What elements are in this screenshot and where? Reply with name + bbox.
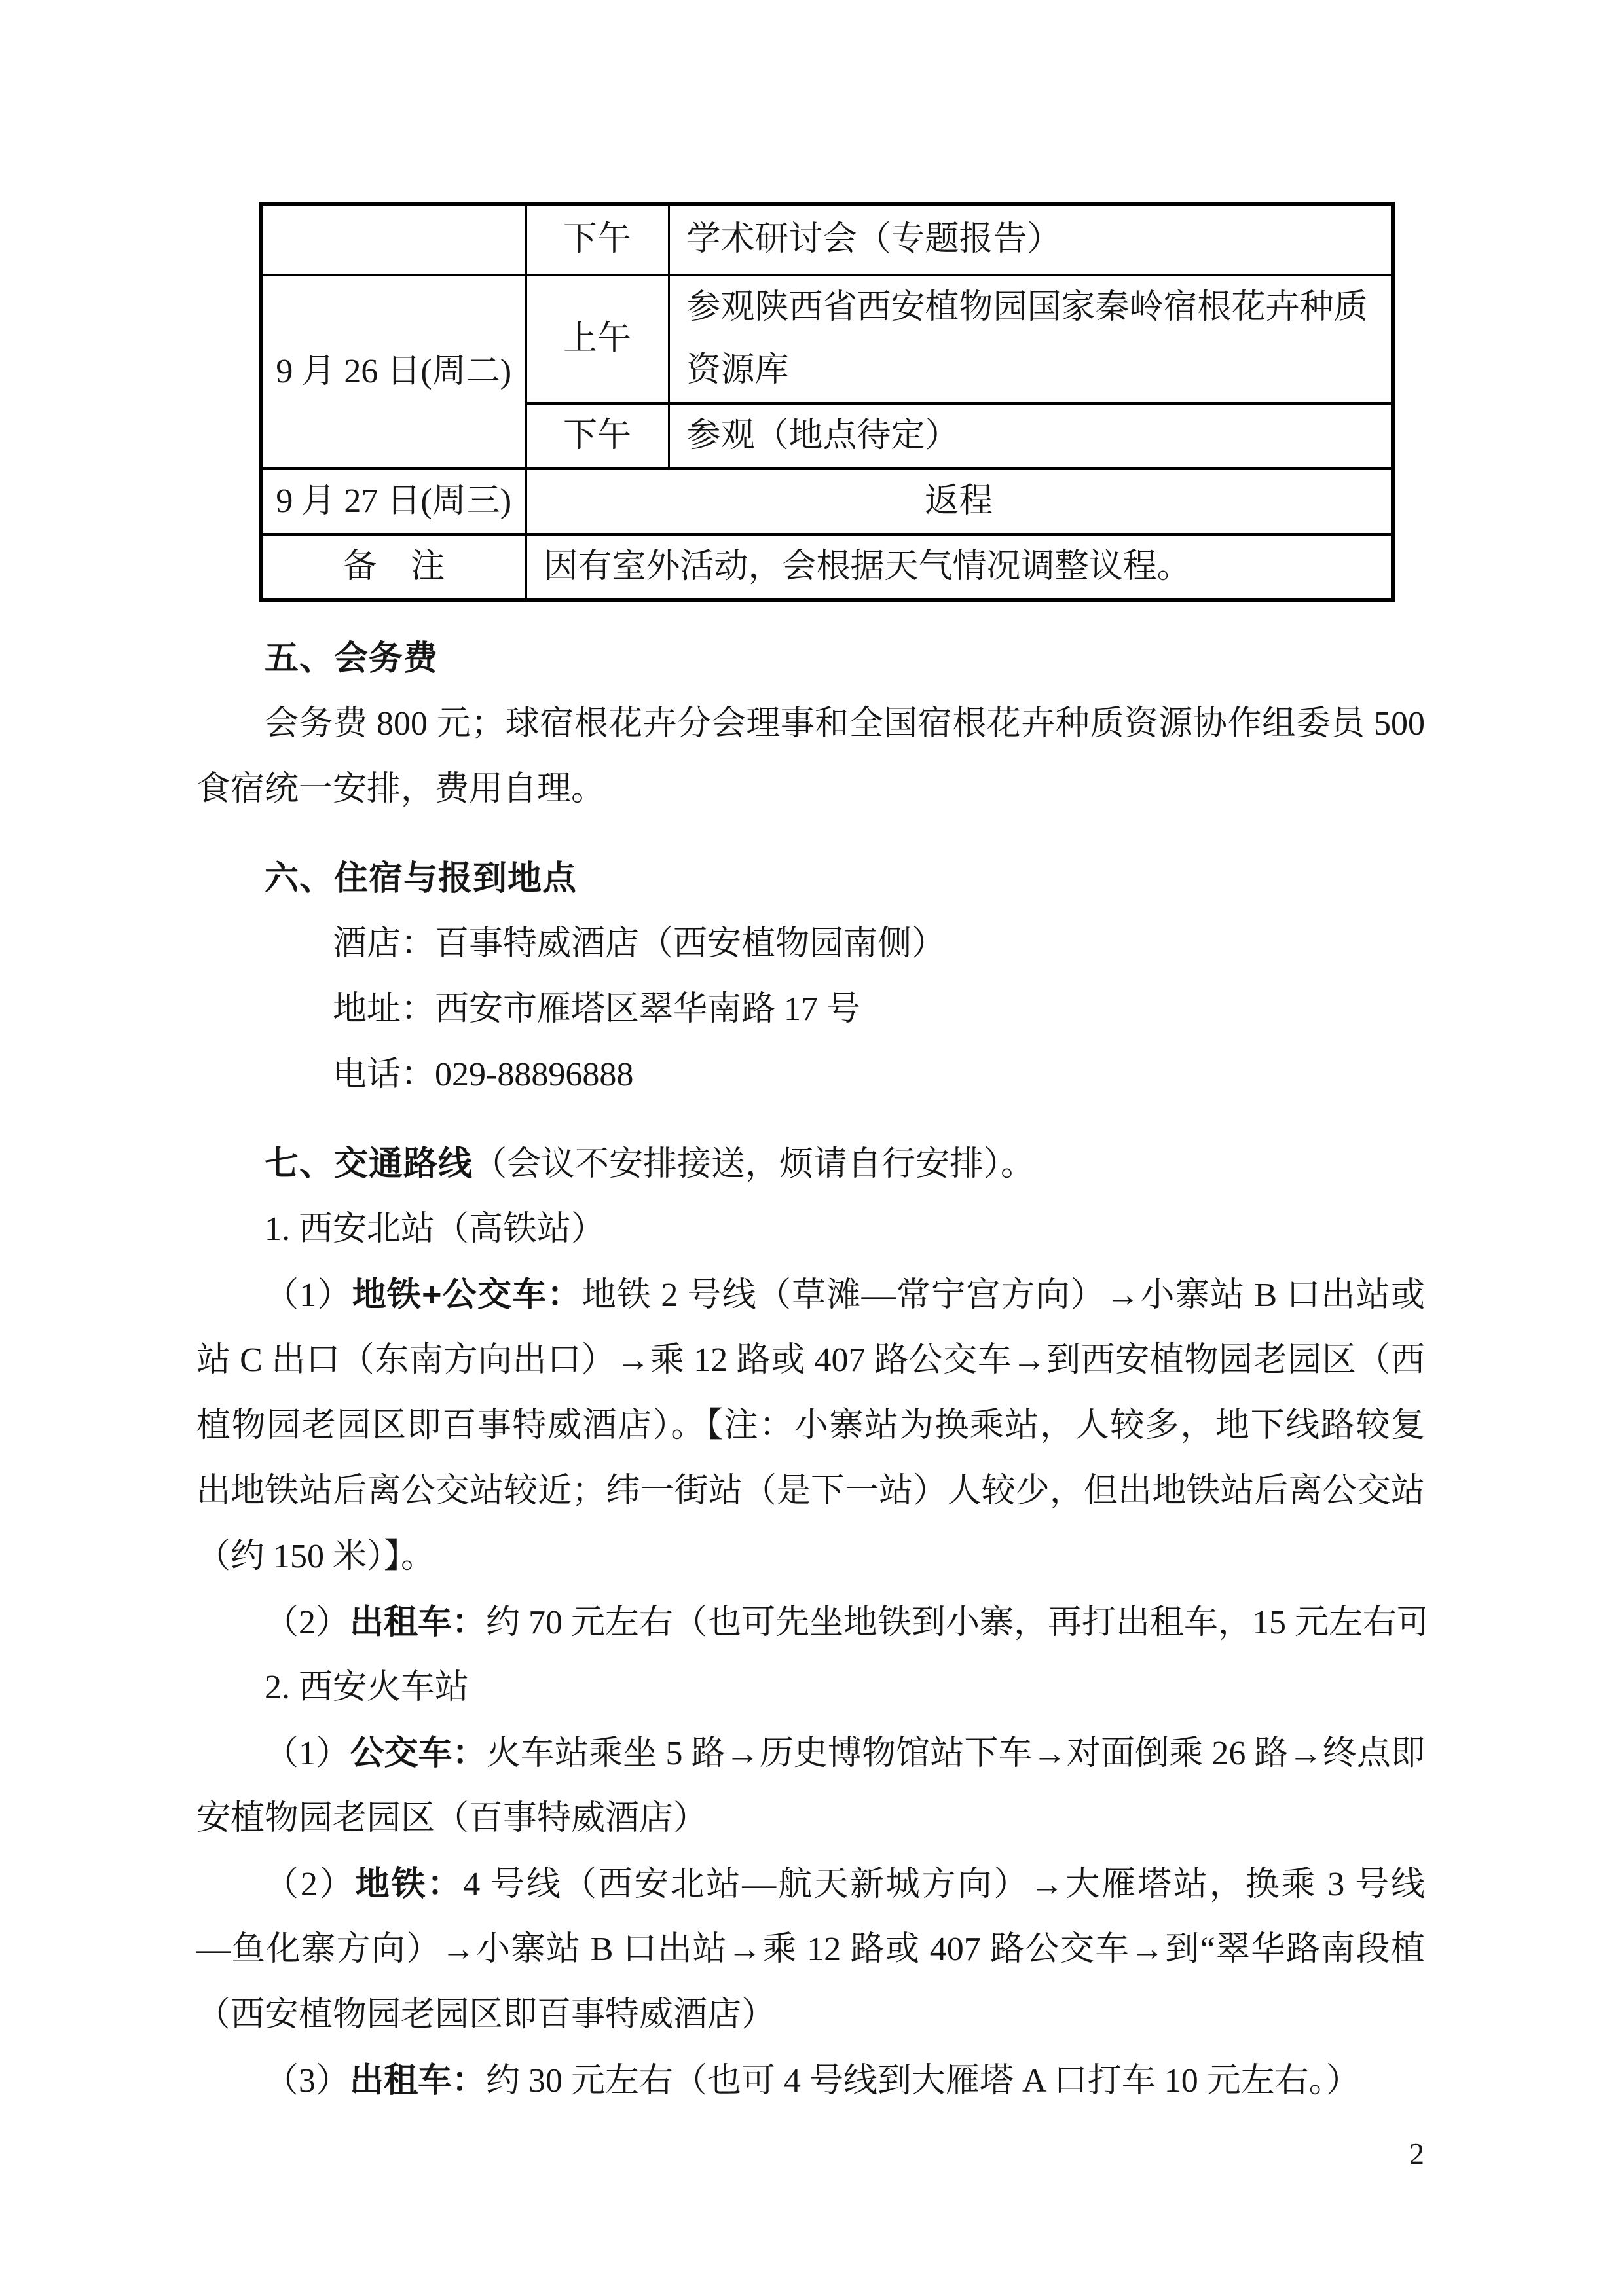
schedule-table: 下午 学术研讨会（专题报告） 9 月 26 日(周二) 上午 参观陕西省西安植物… xyxy=(259,202,1395,602)
schedule-cell-activity: 因有室外活动，会根据天气情况调整议程。 xyxy=(526,534,1393,600)
section-heading-transport-note: （会议不安排接送，烦请自行安排）。 xyxy=(473,1146,1035,1183)
table-row: 9 月 26 日(周二) 上午 参观陕西省西安植物园国家秦岭宿根花卉种质资源库 xyxy=(261,275,1393,403)
schedule-cell-time: 下午 xyxy=(526,204,669,275)
item-number: （1） xyxy=(265,1735,350,1772)
schedule-cell-activity: 参观（地点待定） xyxy=(669,403,1393,469)
item-number: （3） xyxy=(265,2062,350,2100)
table-row: 备 注 因有室外活动，会根据天气情况调整议程。 xyxy=(261,534,1393,600)
item-number: （2） xyxy=(265,1604,350,1641)
item-text: 约 30 元左右（也可 4 号线到大雁塔 A 口打车 10 元左右。） xyxy=(486,2062,1360,2100)
schedule-cell-date xyxy=(261,204,526,275)
route-line: 站 C 出口（东南方向出口）→乘 12 路或 407 路公交车→到西安植物园老园… xyxy=(196,1328,1425,1393)
route-line: 植物园老园区即百事特威酒店）。【注：小寨站为换乘站，人较多，地下线路较复杂，但 xyxy=(196,1393,1425,1459)
section-heading-lodging: 六、住宿与报到地点 xyxy=(196,846,1425,911)
item-label: 出租车： xyxy=(350,1603,486,1641)
route-line: （3）出租车：约 30 元左右（也可 4 号线到大雁塔 A 口打车 10 元左右… xyxy=(196,2048,1425,2113)
document-body: 五、会务费 会务费 800 元；球宿根花卉分会理事和全国宿根花卉种质资源协作组委… xyxy=(196,626,1425,2113)
station2-title: 2. 西安火车站 xyxy=(196,1655,1425,1721)
schedule-cell-time: 上午 xyxy=(526,275,669,403)
schedule-cell-date: 9 月 27 日(周三) xyxy=(261,469,526,534)
schedule-cell-time: 下午 xyxy=(526,403,669,469)
schedule-cell-activity: 返程 xyxy=(526,469,1393,534)
route-line: （2）出租车：约 70 元左右（也可先坐地铁到小寨，再打出租车，15 元左右可到… xyxy=(196,1590,1425,1655)
item-label: 公交车： xyxy=(350,1734,486,1772)
lodging-address-line: 地址：西安市雁塔区翠华南路 17 号 xyxy=(196,977,1425,1042)
document-page: 下午 学术研讨会（专题报告） 9 月 26 日(周二) 上午 参观陕西省西安植物… xyxy=(0,0,1624,2296)
route-line: （1）地铁+公交车：地铁 2 号线（草滩—常宁宫方向）→小寨站 B 口出站或纬一… xyxy=(196,1262,1425,1328)
route-line: （约 150 米）】。 xyxy=(196,1524,1425,1590)
item-label: 地铁： xyxy=(356,1865,464,1903)
item-number: （2） xyxy=(265,1866,356,1903)
route-line: —鱼化寨方向）→小寨站 B 口出站→乘 12 路或 407 路公交车→到“翠华路… xyxy=(196,1917,1425,1982)
schedule-cell-date: 备 注 xyxy=(261,534,526,600)
item-label: 出租车： xyxy=(350,2062,486,2100)
item-number: （1） xyxy=(265,1277,352,1314)
table-row: 9 月 27 日(周三) 返程 xyxy=(261,469,1393,534)
item-label: 地铁+公交车： xyxy=(352,1276,582,1314)
lodging-hotel-line: 酒店：百事特威酒店（西安植物园南侧） xyxy=(196,911,1425,977)
table-row: 下午 学术研讨会（专题报告） xyxy=(261,204,1393,275)
page-number: 2 xyxy=(1409,2133,1462,2175)
schedule-cell-activity: 学术研讨会（专题报告） xyxy=(669,204,1393,275)
lodging-phone-line: 电话：029-88896888 xyxy=(196,1042,1425,1108)
item-text: 约 70 元左右（也可先坐地铁到小寨，再打出租车，15 元左右可到） xyxy=(486,1604,1425,1641)
route-line: （西安植物园老园区即百事特威酒店） xyxy=(196,1982,1425,2048)
schedule-cell-date: 9 月 26 日(周二) xyxy=(261,275,526,469)
document-content: 下午 学术研讨会（专题报告） 9 月 26 日(周二) 上午 参观陕西省西安植物… xyxy=(196,202,1425,2113)
route-line: （1）公交车：火车站乘坐 5 路→历史博物馆站下车→对面倒乘 26 路→终点即到… xyxy=(196,1721,1425,1786)
route-line: 出地铁站后离公交站较近；纬一街站（是下一站）人较少，但出地铁站后离公交站稍远 xyxy=(196,1459,1425,1524)
fee-paragraph-line: 会务费 800 元；球宿根花卉分会理事和全国宿根花卉种质资源协作组委员 500 … xyxy=(196,691,1425,757)
section-heading-transport: 七、交通路线（会议不安排接送，烦请自行安排）。 xyxy=(196,1131,1425,1197)
schedule-cell-activity: 参观陕西省西安植物园国家秦岭宿根花卉种质资源库 xyxy=(669,275,1393,403)
route-line: 安植物园老园区（百事特威酒店） xyxy=(196,1786,1425,1851)
station1-title: 1. 西安北站（高铁站） xyxy=(196,1197,1425,1262)
fee-paragraph-line: 食宿统一安排，费用自理。 xyxy=(196,757,1425,822)
route-line: （2）地铁：4 号线（西安北站—航天新城方向）→大雁塔站，换乘 3 号线（保税区 xyxy=(196,1851,1425,1917)
section-heading-transport-bold: 七、交通路线 xyxy=(265,1145,473,1183)
section-heading-fee: 五、会务费 xyxy=(196,626,1425,691)
